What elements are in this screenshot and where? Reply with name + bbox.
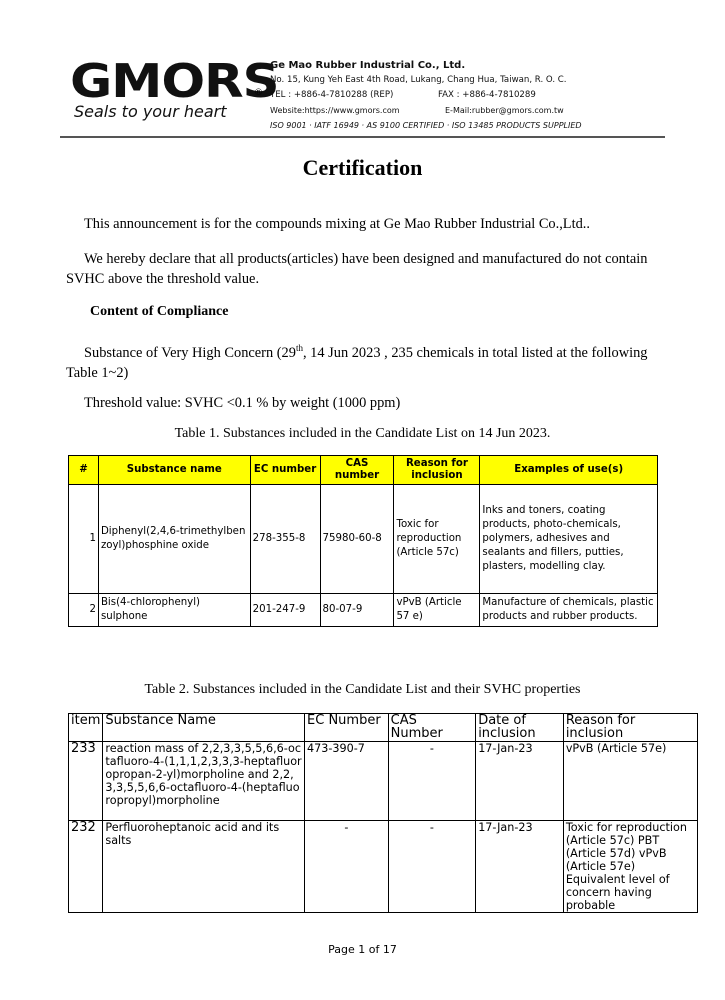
ec-number: 473-390-7 <box>305 742 389 821</box>
substance-name: Bis(4-chlorophenyl) sulphone <box>98 594 250 627</box>
table-row: 233 reaction mass of 2,2,3,3,5,5,6,6-oct… <box>69 742 698 821</box>
reason: Toxic for reproduction (Article 57c) <box>394 485 480 594</box>
cas-number: 80-07-9 <box>320 594 394 627</box>
substances-table-2: item Substance Name EC Number CAS Number… <box>68 713 698 913</box>
header-divider <box>60 136 665 138</box>
logo-wordmark: GMORS <box>70 58 279 104</box>
contact-web-email: Website:https://www.gmors.comE-Mail:rubb… <box>270 103 582 118</box>
ec-number: - <box>305 821 389 913</box>
col-item: item <box>69 714 103 742</box>
row-number: 1 <box>69 485 99 594</box>
ec-number: 201-247-9 <box>250 594 320 627</box>
substances-table-1: # Substance name EC number CAS number Re… <box>68 455 658 627</box>
col-substance-name: Substance name <box>98 456 250 485</box>
inclusion-date: 17-Jan-23 <box>476 821 564 913</box>
reason: Toxic for reproduction (Article 57c) PBT… <box>563 821 697 913</box>
uses: Inks and toners, coating products, photo… <box>480 485 658 594</box>
table-row: 232 Perfluoroheptanoic acid and its salt… <box>69 821 698 913</box>
table1-caption: Table 1. Substances included in the Cand… <box>0 426 725 442</box>
threshold-paragraph: Threshold value: SVHC <0.1 % by weight (… <box>66 393 666 413</box>
company-address: No. 15, Kung Yeh East 4th Road, Lukang, … <box>270 73 582 88</box>
email-link[interactable]: E-Mail:rubber@gmors.com.tw <box>445 103 564 118</box>
table-row: 1 Diphenyl(2,4,6-trimethylbenzoyl)phosph… <box>69 485 658 594</box>
col-substance-name: Substance Name <box>103 714 305 742</box>
svhc-text: Substance of Very High Concern (29 <box>84 345 296 361</box>
ec-number: 278-355-8 <box>250 485 320 594</box>
fax-number: FAX : +886-4-7810289 <box>438 88 536 103</box>
declaration-paragraph: We hereby declare that all products(arti… <box>66 249 666 289</box>
col-cas-number: CAS number <box>320 456 394 485</box>
registered-mark: ® <box>254 88 263 98</box>
website-link[interactable]: Website:https://www.gmors.com <box>270 103 445 118</box>
table2-caption: Table 2. Substances included in the Cand… <box>0 682 725 698</box>
page-title: Certification <box>0 155 725 181</box>
svhc-paragraph: Substance of Very High Concern (29th, 14… <box>66 338 666 383</box>
certifications-line: ISO 9001 · IATF 16949 · AS 9100 CERTIFIE… <box>270 118 582 133</box>
section-heading: Content of Compliance <box>90 304 228 320</box>
table1-header-row: # Substance name EC number CAS number Re… <box>69 456 658 485</box>
col-reason: Reason for inclusion <box>394 456 480 485</box>
col-reason: Reason for inclusion <box>563 714 697 742</box>
inclusion-date: 17-Jan-23 <box>476 742 564 821</box>
substance-name: Perfluoroheptanoic acid and its salts <box>103 821 305 913</box>
page-number: Page 1 of 17 <box>0 943 725 956</box>
cas-number: - <box>388 821 476 913</box>
table2-header-row: item Substance Name EC Number CAS Number… <box>69 714 698 742</box>
col-number: # <box>69 456 99 485</box>
table-row: 2 Bis(4-chlorophenyl) sulphone 201-247-9… <box>69 594 658 627</box>
tel-number: TEL : +886-4-7810288 (REP) <box>270 88 438 103</box>
col-uses: Examples of use(s) <box>480 456 658 485</box>
row-number: 2 <box>69 594 99 627</box>
company-info: Ge Mao Rubber Industrial Co., Ltd. No. 1… <box>270 58 582 133</box>
contact-phone-fax: TEL : +886-4-7810288 (REP)FAX : +886-4-7… <box>270 88 582 103</box>
cas-number: 75980-60-8 <box>320 485 394 594</box>
item-number: 232 <box>69 821 103 913</box>
logo-tagline: Seals to your heart <box>74 102 227 121</box>
col-date: Date of inclusion <box>476 714 564 742</box>
col-cas-number: CAS Number <box>388 714 476 742</box>
cas-number: - <box>388 742 476 821</box>
item-number: 233 <box>69 742 103 821</box>
company-name: Ge Mao Rubber Industrial Co., Ltd. <box>270 58 582 73</box>
announcement-paragraph: This announcement is for the compounds m… <box>66 214 666 234</box>
substance-name: Diphenyl(2,4,6-trimethylbenzoyl)phosphin… <box>98 485 250 594</box>
col-ec-number: EC number <box>250 456 320 485</box>
reason: vPvB (Article 57 e) <box>394 594 480 627</box>
col-ec-number: EC Number <box>305 714 389 742</box>
reason: vPvB (Article 57e) <box>563 742 697 821</box>
substance-name: reaction mass of 2,2,3,3,5,5,6,6-octaflu… <box>103 742 305 821</box>
uses: Manufacture of chemicals, plastic produc… <box>480 594 658 627</box>
svhc-superscript: th <box>296 343 303 353</box>
